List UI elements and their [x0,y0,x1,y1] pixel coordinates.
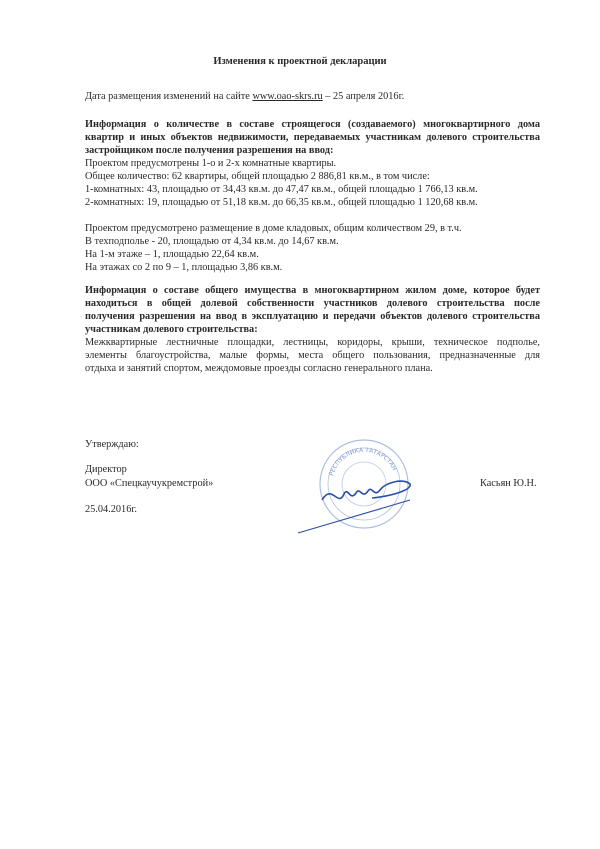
section2-heading-line-3: получения разрешения на ввод в эксплуата… [85,310,540,323]
website-link[interactable]: www.oao-skrs.ru [252,91,322,102]
section1-line: 2-комнатных: 19, площадью от 51,18 кв.м.… [85,196,478,209]
section2-heading-line-1: Информация о составе общего имущества в … [85,284,540,297]
director-position: Директор [85,463,127,476]
section1-heading-line-1: Информация о количестве в составе строящ… [85,118,540,131]
director-name: Касьян Ю.Н. [480,477,537,490]
section1-line: 1-комнатных: 43, площадью от 34,43 кв.м.… [85,183,478,196]
signature-date: 25.04.2016г. [85,503,137,516]
section2-heading-line-2: находиться в общей долевой собственности… [85,297,540,310]
section2-line: элементы благоустройства, малые формы, м… [85,349,540,362]
section2-line: Межквартирные лестничные площадки, лестн… [85,336,540,349]
date-line: Дата размещения изменений на сайте www.o… [85,90,404,103]
section2-heading-line-4: участникам долевого строительства: [85,323,258,336]
section1-heading-line-2: квартир и иных объектов недвижимости, пе… [85,131,540,144]
section1-line: Общее количество: 62 квартиры, общей пло… [85,170,430,183]
date-line-suffix: – 25 апреля 2016г. [323,91,405,102]
company-stamp: РЕСПУБЛИКА ТАТАРСТАН [292,438,422,538]
section2-line: отдыха и занятий спортом, междомовые про… [85,362,433,375]
section1-line: Проектом предусмотрены 1-о и 2-х комнатн… [85,157,336,170]
storage-line: На этажах со 2 по 9 – 1, площадью 3,86 к… [85,261,282,274]
company-name: ООО «Спецкаучукремстрой» [85,477,213,490]
storage-line: На 1-м этаже – 1, площадью 22,64 кв.м. [85,248,259,261]
storage-line: В техподполье - 20, площадью от 4,34 кв.… [85,235,339,248]
document-page: Изменения к проектной декларации Дата ра… [0,0,600,849]
storage-line: Проектом предусмотрено размещение в доме… [85,222,462,235]
approve-label: Утверждаю: [85,438,139,451]
date-line-prefix: Дата размещения изменений на сайте [85,91,252,102]
stamp-and-signature-icon: РЕСПУБЛИКА ТАТАРСТАН [292,438,422,538]
document-title: Изменения к проектной декларации [0,56,600,67]
section1-heading-line-3: застройщиком после получения разрешения … [85,144,333,157]
